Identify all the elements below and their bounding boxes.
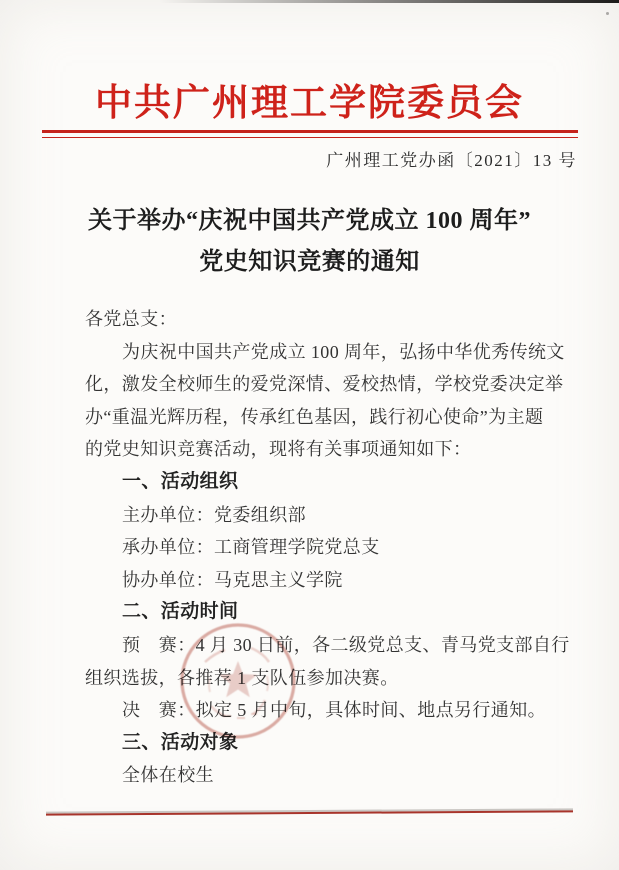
- notice-body: 各党总支： 为庆祝中国共产党成立 100 周年，弘扬中华优秀传统文 化，激发全校…: [85, 303, 537, 792]
- salutation-line: 各党总支：: [85, 303, 537, 336]
- document-reference-number: 广州理工党办函〔2021〕13 号: [326, 146, 577, 171]
- co-organizer-line: 协办单位：马克思主义学院: [85, 564, 537, 597]
- preliminary-round-line: 预 赛：4 月 30 日前，各二级党总支、青马党支部自行: [85, 629, 537, 662]
- organizer-line: 主办单位：党委组织部: [85, 499, 537, 532]
- issuing-org-title: 中共广州理工学院委员会: [0, 72, 619, 126]
- section-heading-2: 二、活动时间: [85, 596, 537, 629]
- scan-artifact-top-edge: [159, 0, 619, 3]
- scan-artifact-speck: [606, 12, 609, 15]
- final-round-line: 决 赛：拟定 5 月中旬，具体时间、地点另行通知。: [85, 694, 537, 727]
- body-line: 化，激发全校师生的爱党深情、爱校热情，学校党委决定举: [85, 368, 537, 401]
- undertaker-line: 承办单位：工商管理学院党总支: [85, 531, 537, 564]
- letterhead-red-rule: [42, 130, 578, 138]
- notice-title-line2: 党史知识竞赛的通知: [0, 242, 619, 283]
- section-heading-1: 一、活动组织: [85, 466, 537, 499]
- scanned-notice-page: 中共广州理工学院委员会 广州理工党办函〔2021〕13 号 关于举办“庆祝中国共…: [0, 0, 619, 870]
- body-line: 为庆祝中国共产党成立 100 周年，弘扬中华优秀传统文: [85, 336, 537, 369]
- notice-title: 关于举办“庆祝中国共产党成立 100 周年” 党史知识竞赛的通知: [0, 201, 619, 283]
- body-line: 组织选拔，各推荐 1 支队伍参加决赛。: [85, 662, 537, 695]
- body-line: 的党史知识竞赛活动，现将有关事项通知如下：: [85, 433, 537, 466]
- body-line: 办“重温光辉历程，传承红色基因，践行初心使命”为主题: [85, 401, 537, 434]
- audience-line: 全体在校生: [85, 759, 537, 792]
- notice-title-line1: 关于举办“庆祝中国共产党成立 100 周年”: [0, 201, 619, 242]
- bottom-red-rule: [46, 810, 573, 815]
- section-heading-3: 三、活动对象: [85, 727, 537, 760]
